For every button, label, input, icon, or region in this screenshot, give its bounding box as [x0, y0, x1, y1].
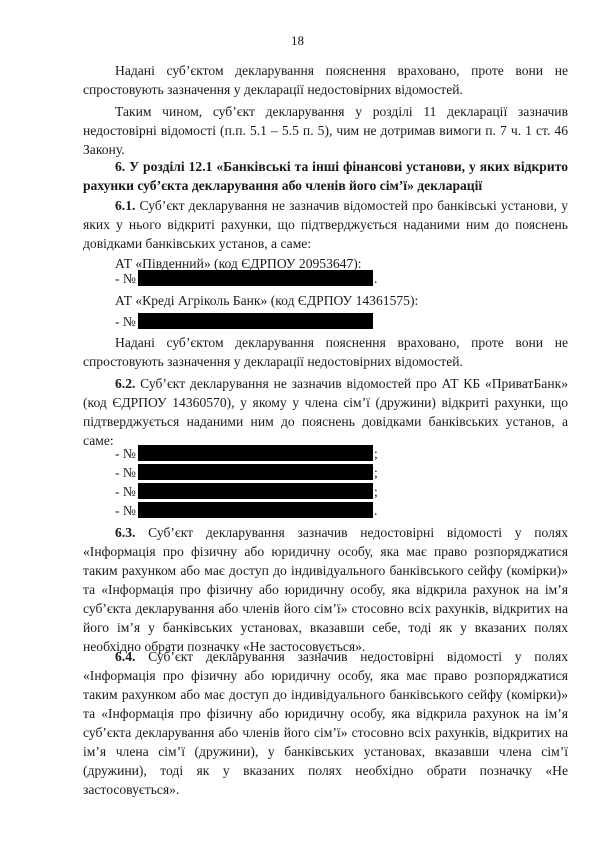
- item-text: Суб’єкт декларування зазначив недостовір…: [83, 525, 568, 654]
- paragraph-conclusion-section-11: Таким чином, суб’єкт декларування у розд…: [83, 102, 568, 159]
- account-prefix: - №: [115, 483, 138, 500]
- account-prefix: - №: [115, 502, 138, 519]
- paragraph-6-4: 6.4. Суб’єкт декларування зазначив недос…: [83, 647, 568, 799]
- section-heading-6: 6. У розділі 12.1 «Банківські та інші фі…: [83, 157, 568, 195]
- account-punct: ;: [374, 464, 378, 481]
- redaction-box: [138, 270, 373, 286]
- paragraph-explanations-2: Надані суб’єктом декларування пояснення …: [83, 333, 568, 371]
- paragraph-6-1: 6.1. Суб’єкт декларування не зазначив ві…: [83, 196, 568, 253]
- account-row: - № .: [115, 502, 138, 519]
- redaction-box: [138, 464, 373, 480]
- paragraph-6-2: 6.2. Суб’єкт декларування не зазначив ві…: [83, 374, 568, 450]
- item-text: Суб’єкт декларування не зазначив відомос…: [83, 198, 568, 251]
- item-number: 6.2.: [115, 376, 135, 391]
- redaction-box: [138, 313, 373, 329]
- account-prefix: - №: [115, 445, 138, 462]
- account-punct: .: [374, 270, 377, 287]
- account-punct: ;: [374, 483, 378, 500]
- account-row: - № .: [115, 270, 138, 287]
- item-number: 6.4.: [115, 649, 135, 664]
- item-text: Суб’єкт декларування не зазначив відомос…: [83, 376, 568, 448]
- item-number: 6.3.: [115, 525, 135, 540]
- account-row: - №: [115, 313, 138, 330]
- item-number: 6.1.: [115, 198, 135, 213]
- account-prefix: - №: [115, 270, 138, 287]
- bank-credit-agricole: АТ «Креді Агріколь Банк» (код ЄДРПОУ 143…: [115, 291, 418, 310]
- account-prefix: - №: [115, 464, 138, 481]
- paragraph-6-3: 6.3. Суб’єкт декларування зазначив недос…: [83, 523, 568, 656]
- account-row: - № ;: [115, 445, 138, 462]
- account-punct: ;: [374, 445, 378, 462]
- account-row: - № ;: [115, 464, 138, 481]
- redaction-box: [138, 445, 373, 461]
- page-number: 18: [0, 33, 595, 49]
- redaction-box: [138, 483, 373, 499]
- account-row: - № ;: [115, 483, 138, 500]
- redaction-box: [138, 502, 373, 518]
- account-punct: .: [374, 502, 377, 519]
- account-prefix: - №: [115, 313, 138, 330]
- document-page: 18 Надані суб’єктом декларування пояснен…: [0, 0, 595, 842]
- paragraph-explanations-1: Надані суб’єктом декларування пояснення …: [83, 61, 568, 99]
- item-text: Суб’єкт декларування зазначив недостовір…: [83, 649, 568, 797]
